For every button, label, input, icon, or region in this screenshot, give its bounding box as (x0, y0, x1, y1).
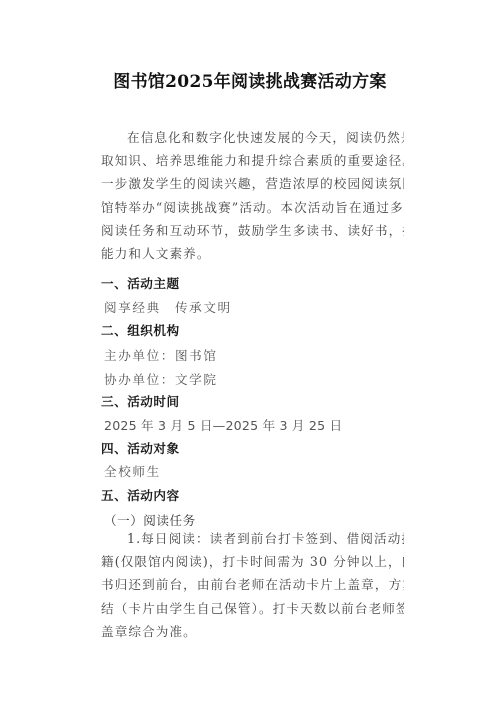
theme-text: 阅享经典 传承文明 (104, 297, 232, 316)
paragraph-line: 一步激发学生的阅读兴趣，营造浓厚的校园阅读氛围，图书 (101, 172, 404, 195)
paragraph-line: 盖章综合为准。 (101, 620, 404, 643)
document-title: 图书馆2025年阅读挑战赛活动方案 (0, 67, 500, 92)
paragraph-line: 阅读任务和互动环节，鼓励学生多读书、读好书，提升阅读 (101, 219, 404, 242)
reading-task-paragraph: 1.每日阅读：读者到前台打卡签到、借阅活动推荐的书 籍(仅限馆内阅读)，打卡时间… (101, 527, 404, 643)
paragraph-line: 馆特举办“阅读挑战赛”活动。本次活动旨在通过多样化的 (101, 196, 404, 219)
paragraph-line: 籍(仅限馆内阅读)，打卡时间需为 30 分钟以上，阅读完毕把 (101, 550, 404, 573)
paragraph-line: 1.每日阅读：读者到前台打卡签到、借阅活动推荐的书 (101, 527, 404, 550)
host-unit: 主办单位：图书馆 (104, 345, 218, 364)
section-heading-time: 三、活动时间 (101, 391, 180, 410)
paragraph-line: 取知识、培养思维能力和提升综合素质的重要途径。为了进 (101, 149, 404, 172)
co-host-unit: 协办单位：文学院 (104, 369, 218, 388)
paragraph-line: 书归还到前台，由前台老师在活动卡片上盖章，方算打卡完 (101, 573, 404, 596)
section-heading-audience: 四、活动对象 (101, 438, 180, 457)
activity-dates: 2025 年 3 月 5 日—2025 年 3 月 25 日 (104, 415, 342, 434)
paragraph-line: 能力和人文素养。 (101, 242, 404, 265)
section-heading-organization: 二、组织机构 (101, 320, 180, 339)
paragraph-line: 结（卡片由学生自己保管）。打卡天数以前台老师签退卡片 (101, 597, 404, 620)
intro-paragraph: 在信息化和数字化快速发展的今天，阅读仍然是学生获 取知识、培养思维能力和提升综合… (101, 126, 404, 265)
audience-text: 全校师生 (104, 461, 161, 480)
document-page: 图书馆2025年阅读挑战赛活动方案 在信息化和数字化快速发展的今天，阅读仍然是学… (0, 0, 500, 707)
section-heading-content: 五、活动内容 (101, 485, 180, 504)
paragraph-line: 在信息化和数字化快速发展的今天，阅读仍然是学生获 (101, 126, 404, 149)
section-heading-theme: 一、活动主题 (101, 273, 180, 292)
